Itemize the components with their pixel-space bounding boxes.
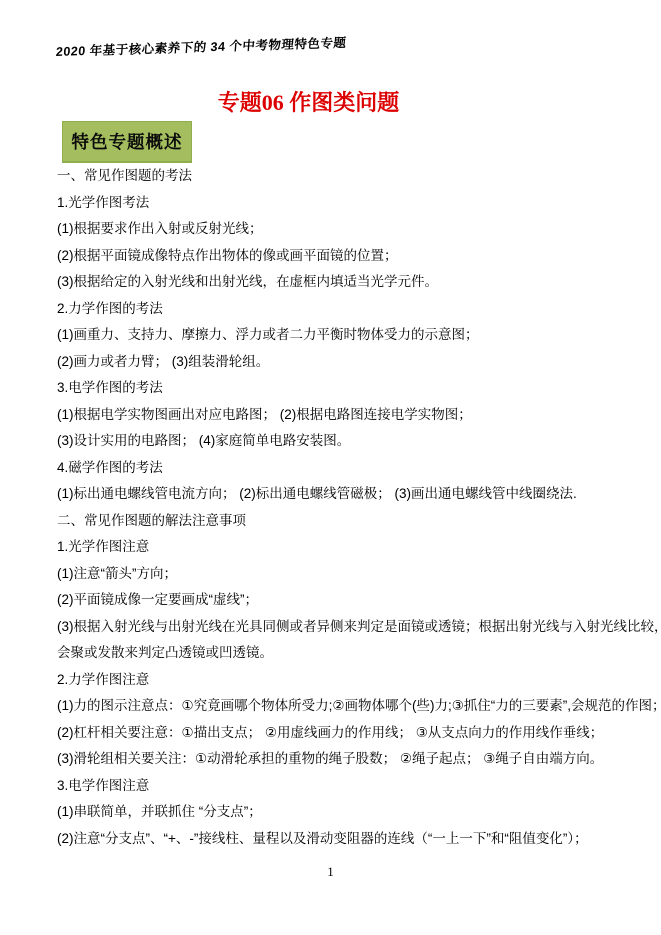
body-line: 二、常见作图题的解法注意事项 (57, 508, 607, 535)
body-line: 3.电学作图的考法 (57, 375, 607, 402)
body-line: (1)根据要求作出入射或反射光线； (57, 216, 607, 243)
body-line: 会聚或发散来判定凸透镜或凹透镜。 (57, 640, 607, 667)
body-line: (1)画重力、支持力、摩擦力、浮力或者二力平衡时物体受力的示意图； (57, 322, 607, 349)
body-line: (3)根据入射光线与出射光线在光具同侧或者异侧来判定是面镜或透镜；根据出射光线与… (57, 614, 607, 641)
body-line: 1.光学作图注意 (57, 534, 607, 561)
body-line: (3)滑轮组相关要关注：①动滑轮承担的重物的绳子股数； ②绳子起点； ③绳子自由… (57, 746, 607, 773)
body-line: (1)串联简单，并联抓住 “分支点”； (57, 799, 607, 826)
body-line: 一、常见作图题的考法 (57, 163, 607, 190)
body-line: (2)画力或者力臂； (3)组装滑轮组。 (57, 349, 607, 376)
body-line: (2)根据平面镜成像特点作出物体的像或画平面镜的位置； (57, 243, 607, 270)
body-line: (1)注意“箭头”方向； (57, 561, 607, 588)
body-line: (1)力的图示注意点：①究竟画哪个物体所受力;②画物体哪个(些)力;③抓住“力的… (57, 693, 607, 720)
body-line: 1.光学作图考法 (57, 190, 607, 217)
body-line: 2.力学作图注意 (57, 667, 607, 694)
page-number: 1 (0, 864, 661, 880)
body-line: 3.电学作图注意 (57, 773, 607, 800)
page-title: 专题06 作图类问题 (0, 86, 617, 117)
document-body: 一、常见作图题的考法 1.光学作图考法 (1)根据要求作出入射或反射光线； (2… (57, 163, 607, 852)
body-line: (1)标出通电螺线管电流方向； (2)标出通电螺线管磁极； (3)画出通电螺线管… (57, 481, 607, 508)
document-page: 2020 年基于核心素养下的 34 个中考物理特色专题 专题06 作图类问题 特… (0, 0, 661, 935)
body-line: (2)平面镜成像一定要画成“虚线”； (57, 587, 607, 614)
body-line: (1)根据电学实物图画出对应电路图； (2)根据电路图连接电学实物图； (57, 402, 607, 429)
body-line: (2)杠杆相关要注意：①描出支点； ②用虚线画力的作用线； ③从支点向力的作用线… (57, 720, 607, 747)
body-line: (2)注意“分支点”、“+、-”接线柱、量程以及滑动变阻器的连线（“一上一下”和… (57, 826, 607, 853)
header-watermark: 2020 年基于核心素养下的 34 个中考物理特色专题 (55, 33, 347, 60)
body-line: (3)设计实用的电路图； (4)家庭简单电路安装图。 (57, 428, 607, 455)
section-badge: 特色专题概述 (62, 121, 192, 163)
body-line: 4.磁学作图的考法 (57, 455, 607, 482)
body-line: 2.力学作图的考法 (57, 296, 607, 323)
body-line: (3)根据给定的入射光线和出射光线，在虚框内填适当光学元件。 (57, 269, 607, 296)
